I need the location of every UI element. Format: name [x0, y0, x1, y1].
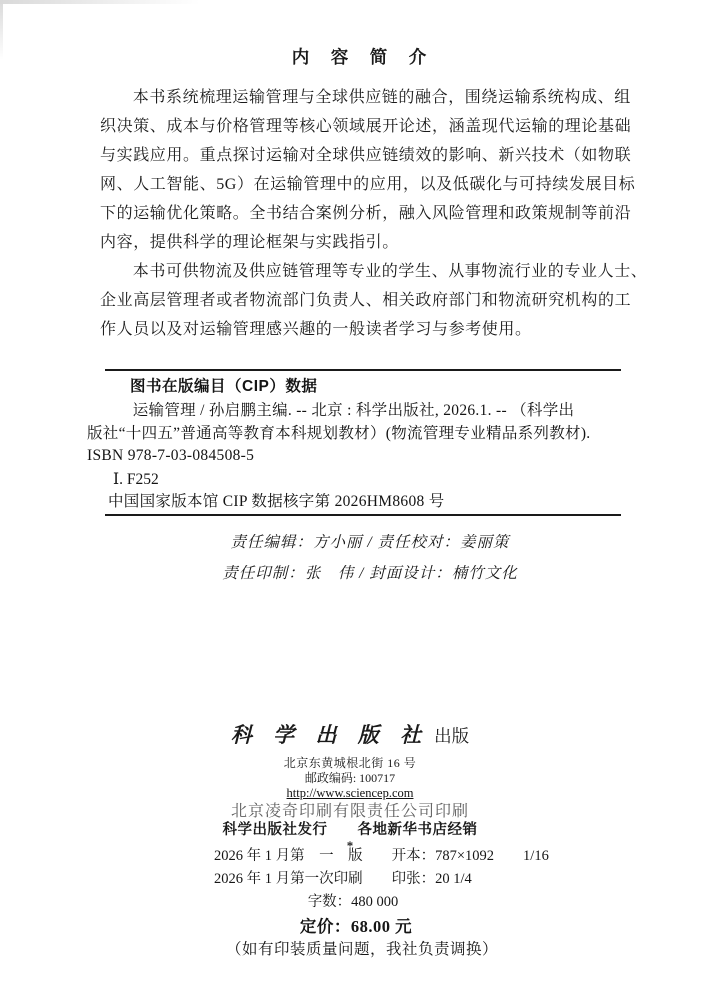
credits-editor-proofreader: 责任编辑：方小丽 / 责任校对：姜丽策 [0, 527, 720, 558]
summary-text-line: 本书可供物流及供应链管理等专业的学生、从事物流行业的专业人士、 [100, 257, 624, 286]
price-line: 定价：68.00 元 [0, 915, 712, 938]
printing-company: 北京凌奇印刷有限责任公司印刷 [0, 802, 700, 821]
publisher-name-line: 科 学 出 版 社 出版 [0, 721, 700, 752]
cip-record-line: 版社“十四五”普通高等教育本科规划教材）(物流管理专业精品系列教材). [87, 423, 632, 446]
cip-record-line: ISBN 978-7-03-084508-5 [87, 445, 632, 468]
summary-text-line: 企业高层管理者或者物流部门负责人、相关政府部门和物流研究机构的工 [100, 286, 624, 315]
impression-line: 2026 年 1 月第一次印刷 印张：20 1/4 [214, 868, 720, 891]
summary-paragraph-2: 本书可供物流及供应链管理等专业的学生、从事物流行业的专业人士、企业高层管理者或者… [100, 257, 624, 344]
scan-shadow-top [0, 0, 200, 4]
cip-data-block: 图书在版编目（CIP）数据 运输管理 / 孙启鹏主编. -- 北京 : 科学出版… [87, 376, 632, 514]
cip-registry-number: 中国国家版本馆 CIP 数据核字第 2026HM8608 号 [87, 491, 632, 514]
staff-credits: 责任编辑：方小丽 / 责任校对：姜丽策 责任印制：张 伟 / 封面设计：楠竹文化 [0, 527, 720, 589]
summary-text-line: 本书系统梳理运输管理与全球供应链的融合，围绕运输系统构成、组 [100, 83, 624, 112]
publisher-address: 北京东黄城根北街 16 号 [0, 756, 700, 771]
summary-text-line: 作人员以及对运输管理感兴趣的一般读者学习与参考使用。 [100, 315, 624, 344]
word-count-line: 字数：480 000 [0, 891, 706, 914]
quality-notice: （如有印装质量问题，我社负责调换） [0, 938, 720, 962]
summary-text-line: 内容，提供科学的理论框架与实践指引。 [100, 228, 624, 257]
cip-divider-top [105, 369, 621, 371]
content-summary-title: 内 容 简 介 [0, 44, 720, 69]
edition-line: 2026 年 1 月第 一 版 开本：787×1092 1/16 [214, 845, 720, 868]
cip-record: 运输管理 / 孙启鹏主编. -- 北京 : 科学出版社, 2026.1. -- … [87, 400, 632, 468]
publisher-suffix: 出版 [434, 726, 469, 746]
edition-impression-lines: 2026 年 1 月第 一 版 开本：787×1092 1/16 2026 年 … [214, 845, 720, 891]
printing-info-block: 2026 年 1 月第 一 版 开本：787×1092 1/16 2026 年 … [0, 845, 720, 962]
summary-text-line: 织决策、成本与价格管理等核心领域展开论述，涵盖现代运输的理论基础 [100, 112, 624, 141]
cip-classification-code: Ⅰ. F252 [87, 469, 632, 492]
summary-text-line: 网、人工智能、5G）在运输管理中的应用，以及低碳化与可持续发展目标 [100, 170, 624, 199]
publisher-block: 科 学 出 版 社 出版 北京东黄城根北街 16 号 邮政编码: 100717 … [0, 721, 700, 852]
cip-divider-bottom [105, 514, 621, 516]
summary-text-line: 与实践应用。重点探讨运输对全球供应链绩效的影响、新兴技术（如物联 [100, 141, 624, 170]
book-copyright-page: 内 容 简 介 本书系统梳理运输管理与全球供应链的融合，围绕运输系统构成、组织决… [0, 0, 720, 1000]
credits-printer-designer: 责任印制：张 伟 / 封面设计：楠竹文化 [0, 558, 720, 589]
publisher-website-link: http://www.sciencep.com [0, 786, 700, 801]
summary-text-line: 下的运输优化策略。全书结合案例分析，融入风险管理和政策规制等前沿 [100, 199, 624, 228]
distribution-line: 科学出版社发行 各地新华书店经销 [0, 821, 700, 839]
cip-heading: 图书在版编目（CIP）数据 [87, 376, 632, 398]
publisher-logo-text: 科 学 出 版 社 [231, 722, 428, 747]
summary-paragraph-1: 本书系统梳理运输管理与全球供应链的融合，围绕运输系统构成、组织决策、成本与价格管… [100, 83, 624, 257]
publisher-postal-code: 邮政编码: 100717 [0, 771, 700, 786]
content-summary: 本书系统梳理运输管理与全球供应链的融合，围绕运输系统构成、组织决策、成本与价格管… [100, 83, 624, 344]
cip-record-line: 运输管理 / 孙启鹏主编. -- 北京 : 科学出版社, 2026.1. -- … [87, 400, 632, 423]
